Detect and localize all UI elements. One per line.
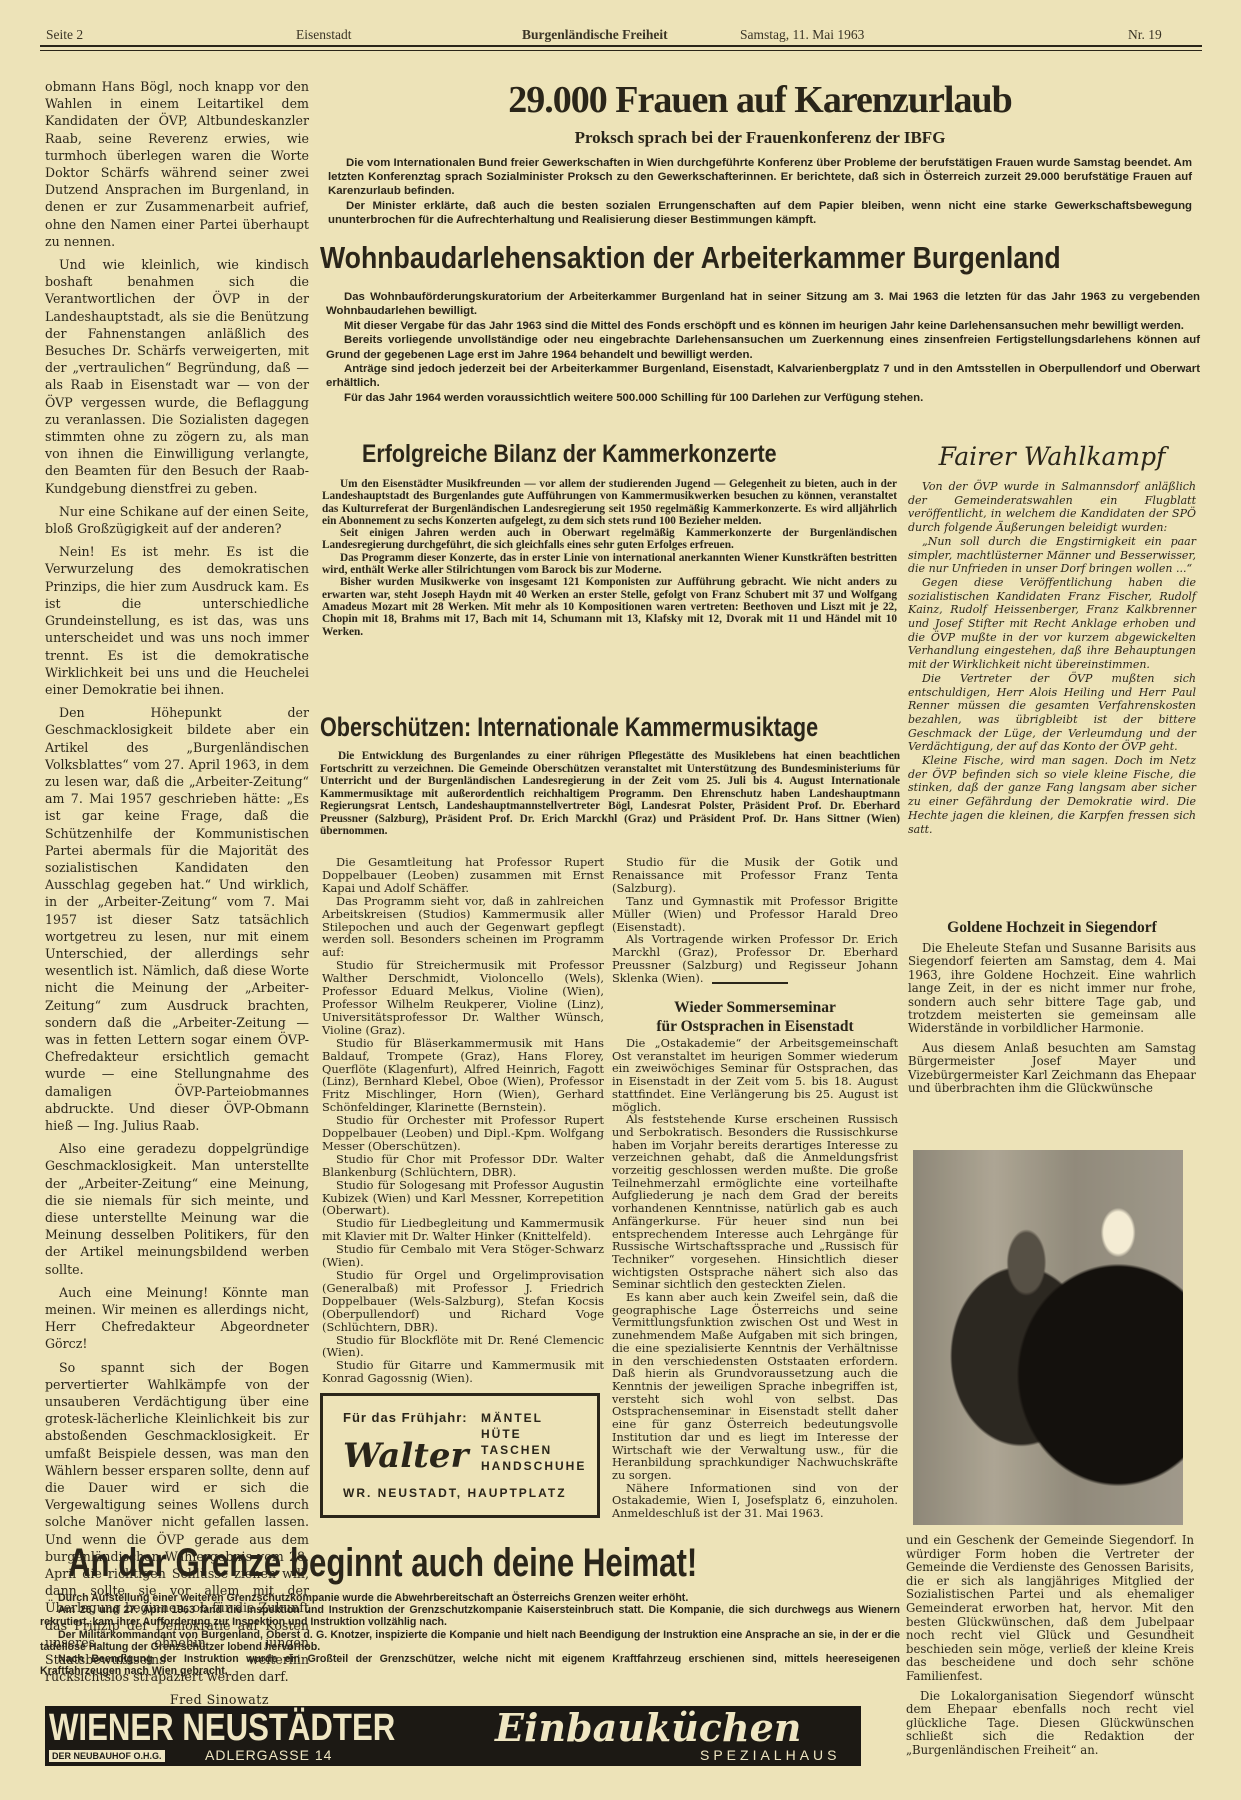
paragraph: Bereits vorliegende unvollständige oder …: [326, 333, 1200, 362]
issue-number: Nr. 19: [1128, 27, 1162, 43]
studio-entry: Studio für Orchester mit Professor Ruper…: [322, 1114, 604, 1153]
paragraph: obmann Hans Bögl, noch knapp vor den Wah…: [45, 78, 309, 250]
ad-address: WR. NEUSTADT, HAUPTPLATZ: [343, 1486, 567, 1500]
paragraph: Die Lokalorganisation Siegendorf wünscht…: [906, 1690, 1194, 1758]
article-sommerseminar: Wieder Sommerseminar für Ostsprachen in …: [612, 998, 898, 1521]
paragraph: Den Höhepunkt der Geschmacklosigkeit bil…: [45, 704, 309, 1134]
studio-entry: Studio für Streichermusik mit Professor …: [322, 959, 604, 1036]
article-body-top: Die Eheleute Stefan und Susanne Barisits…: [908, 942, 1196, 1095]
paragraph: Seit einigen Jahren werden auch in Oberw…: [322, 527, 897, 552]
ad-intro: Für das Frühjahr:: [343, 1410, 468, 1425]
paragraph: Von der ÖVP wurde in Salmannsdorf anläßl…: [908, 480, 1196, 535]
paragraph: Der Militärkommandant von Burgenland, Ob…: [40, 1629, 900, 1653]
studio-entry: Studio für Blockflöte mit Dr. René Cleme…: [322, 1334, 604, 1360]
article-body: Das Wohnbauförderungskuratorium der Arbe…: [326, 290, 1200, 405]
headline: Oberschützen: Internationale Kammermusik…: [320, 710, 784, 744]
article-body: Durch Aufstellung einer weiteren Grenzsc…: [40, 1592, 900, 1677]
article-fairer-wahlkampf: Fairer Wahlkampf Von der ÖVP wurde in Sa…: [908, 440, 1196, 836]
masthead-place: Eisenstadt: [296, 27, 352, 43]
paragraph: Für das Jahr 1964 werden voraussichtlich…: [326, 391, 1200, 405]
ad-company: DER NEUBAUHOF O.H.G.: [49, 1750, 165, 1762]
article-body: Von der ÖVP wurde in Salmannsdorf anläßl…: [908, 480, 1196, 836]
paragraph: Die „Ostakademie“ der Arbeitsgemeinschaf…: [612, 1038, 898, 1114]
ad-item: TASCHEN: [481, 1442, 586, 1458]
paragraph: Die Eheleute Stefan und Susanne Barisits…: [908, 942, 1196, 1036]
paragraph: Nur eine Schikane auf der einen Seite, b…: [45, 503, 309, 537]
ad-item: HÜTE: [481, 1426, 586, 1442]
ad-tagline: SPEZIALHAUS: [700, 1747, 840, 1763]
studio-entry: Studio für Gitarre und Kammermusik mit K…: [322, 1359, 604, 1385]
paragraph: Mit dieser Vergabe für das Jahr 1963 sin…: [326, 319, 1200, 333]
studio-entry: Studio für die Musik der Gotik und Renai…: [612, 856, 898, 895]
paragraph: Nähere Informationen sind von der Ostaka…: [612, 1483, 898, 1521]
paragraph: Bisher wurden Musikwerke von insgesamt 1…: [322, 576, 897, 637]
paragraph: Also eine geradezu doppelgründige Geschm…: [45, 1140, 309, 1278]
article-grenze: An der Grenze beginnt auch deine Heimat!…: [40, 1540, 900, 1677]
paragraph: Als Vortragende wirken Professor Dr. Eri…: [612, 933, 898, 985]
paragraph: Die Entwicklung des Burgenlandes zu eine…: [320, 750, 900, 838]
studio-entry: Studio für Sologesang mit Professor Augu…: [322, 1179, 604, 1218]
headline: Wohnbaudarlehensaktion der Arbeiterkamme…: [320, 238, 1077, 278]
paragraph: und ein Geschenk der Gemeinde Siegendorf…: [906, 1534, 1194, 1684]
headline-line-2: für Ostsprachen in Eisenstadt: [612, 1017, 898, 1036]
article-body: Die „Ostakademie“ der Arbeitsgemeinschaf…: [612, 1038, 898, 1521]
paragraph: Das Programm dieser Konzerte, das in ers…: [322, 552, 897, 577]
paragraph: Die vom Internationalen Bund freier Gewe…: [328, 156, 1192, 199]
ad-item: HANDSCHUHE: [481, 1458, 586, 1474]
headline: Fairer Wahlkampf: [908, 440, 1196, 474]
oberschuetzen-column-1: Die Gesamtleitung hat Professor Rupert D…: [322, 856, 604, 1385]
paragraph: Auch eine Meinung! Könnte man meinen. Wi…: [45, 1284, 309, 1353]
ad-address: ADLERGASSE 14: [205, 1747, 332, 1763]
studio-entry: Studio für Chor mit Professor DDr. Walte…: [322, 1153, 604, 1179]
headline: An der Grenze beginnt auch deine Heimat!: [68, 1540, 717, 1586]
oberschuetzen-column-2: Studio für die Musik der Gotik und Renai…: [612, 856, 898, 985]
article-body: Um den Eisenstädter Musikfreunden — vor …: [322, 478, 897, 638]
ad-script-einbaukuechen: Einbauküchen: [495, 1706, 801, 1750]
article-goldene-hochzeit-continued: und ein Geschenk der Gemeinde Siegendorf…: [906, 1534, 1194, 1758]
article-wohnbau: Wohnbaudarlehensaktion der Arbeiterkamme…: [320, 238, 1200, 405]
headline: Wieder Sommerseminar für Ostsprachen in …: [612, 998, 898, 1036]
ad-wiener-neustaedter: WIENER NEUSTÄDTER DER NEUBAUHOF O.H.G. A…: [45, 1706, 861, 1766]
newspaper-name: Burgenländische Freiheit: [522, 27, 668, 43]
headline-line-1: Wieder Sommerseminar: [612, 998, 898, 1017]
left-column-article: obmann Hans Bögl, noch knapp vor den Wah…: [45, 78, 309, 1709]
paragraph: Das Wohnbauförderungskuratorium der Arbe…: [326, 290, 1200, 319]
paragraph: Das Programm sieht vor, daß in zahlreich…: [322, 895, 604, 960]
photo-golden-wedding-couple: [913, 1150, 1183, 1525]
paragraph: Um den Eisenstädter Musikfreunden — vor …: [322, 478, 897, 527]
paragraph: Es kann aber auch kein Zweifel sein, daß…: [612, 1292, 898, 1483]
section-divider: [712, 982, 788, 984]
paragraph: Die Gesamtleitung hat Professor Rupert D…: [322, 856, 604, 895]
paragraph: Und wie kleinlich, wie kindisch boshaft …: [45, 256, 309, 497]
article-body: Die vom Internationalen Bund freier Gewe…: [328, 156, 1192, 227]
studio-entry: Studio für Bläserkammermusik mit Hans Ba…: [322, 1037, 604, 1114]
paragraph: Am 26. und 27. April 1963 fand die Inspe…: [40, 1604, 900, 1628]
page-number: Seite 2: [46, 27, 83, 43]
article-oberschuetzen: Oberschützen: Internationale Kammermusik…: [320, 710, 900, 838]
paragraph: Durch Aufstellung einer weiteren Grenzsc…: [40, 1592, 900, 1604]
headline: Goldene Hochzeit in Siegendorf: [908, 918, 1196, 938]
studio-entry: Studio für Cembalo mit Vera Stöger-Schwa…: [322, 1243, 604, 1269]
paragraph: Anträge sind jedoch jederzeit bei der Ar…: [326, 362, 1200, 391]
article-lead: Die Entwicklung des Burgenlandes zu eine…: [320, 750, 900, 838]
paragraph: Kleine Fische, wird man sagen. Doch im N…: [908, 754, 1196, 836]
studio-entry: Tanz und Gymnastik mit Professor Brigitt…: [612, 895, 898, 934]
ad-title: WIENER NEUSTÄDTER: [49, 1708, 395, 1748]
paragraph: Gegen diese Veröffentlichung haben die s…: [908, 576, 1196, 672]
ad-item: MÄNTEL: [481, 1410, 586, 1426]
paragraph: Als feststehende Kurse erscheinen Russis…: [612, 1114, 898, 1292]
headline: Erfolgreiche Bilanz der Kammerkonzerte: [362, 438, 822, 470]
ad-brand-walter: Walter: [343, 1436, 468, 1476]
issue-date: Samstag, 11. Mai 1963: [740, 27, 864, 43]
studio-entry: Studio für Liedbegleitung und Kammermusi…: [322, 1217, 604, 1243]
masthead: Seite 2 Eisenstadt Burgenländische Freih…: [40, 22, 1200, 46]
paragraph: Aus diesem Anlaß besuchten am Samstag Bü…: [908, 1042, 1196, 1096]
headline: 29.000 Frauen auf Karenzurlaub: [320, 78, 1200, 122]
ad-walter: Für das Frühjahr: MÄNTEL HÜTE TASCHEN HA…: [320, 1393, 600, 1518]
subheadline: Proksch sprach bei der Frauenkonferenz d…: [320, 126, 1200, 150]
studio-entry: Studio für Orgel und Orgelimprovisation …: [322, 1269, 604, 1334]
paragraph: Nach Beendigung der Instruktion wurde ei…: [40, 1653, 900, 1677]
paragraph: Nein! Es ist mehr. Es ist die Verwurzelu…: [45, 543, 309, 698]
quote-paragraph: „Nun soll durch die Engstirnigkeit ein p…: [908, 535, 1196, 576]
paragraph: Die Vertreter der ÖVP mußten sich entsch…: [908, 672, 1196, 754]
ad-product-list: MÄNTEL HÜTE TASCHEN HANDSCHUHE: [481, 1410, 586, 1474]
masthead-rule: [40, 45, 1202, 51]
article-kammerkonzerte: Erfolgreiche Bilanz der Kammerkonzerte U…: [322, 438, 897, 638]
article-goldene-hochzeit: Goldene Hochzeit in Siegendorf Die Ehele…: [908, 918, 1196, 1095]
paragraph: Der Minister erklärte, daß auch die best…: [328, 199, 1192, 227]
article-frauen: 29.000 Frauen auf Karenzurlaub Proksch s…: [320, 78, 1200, 227]
